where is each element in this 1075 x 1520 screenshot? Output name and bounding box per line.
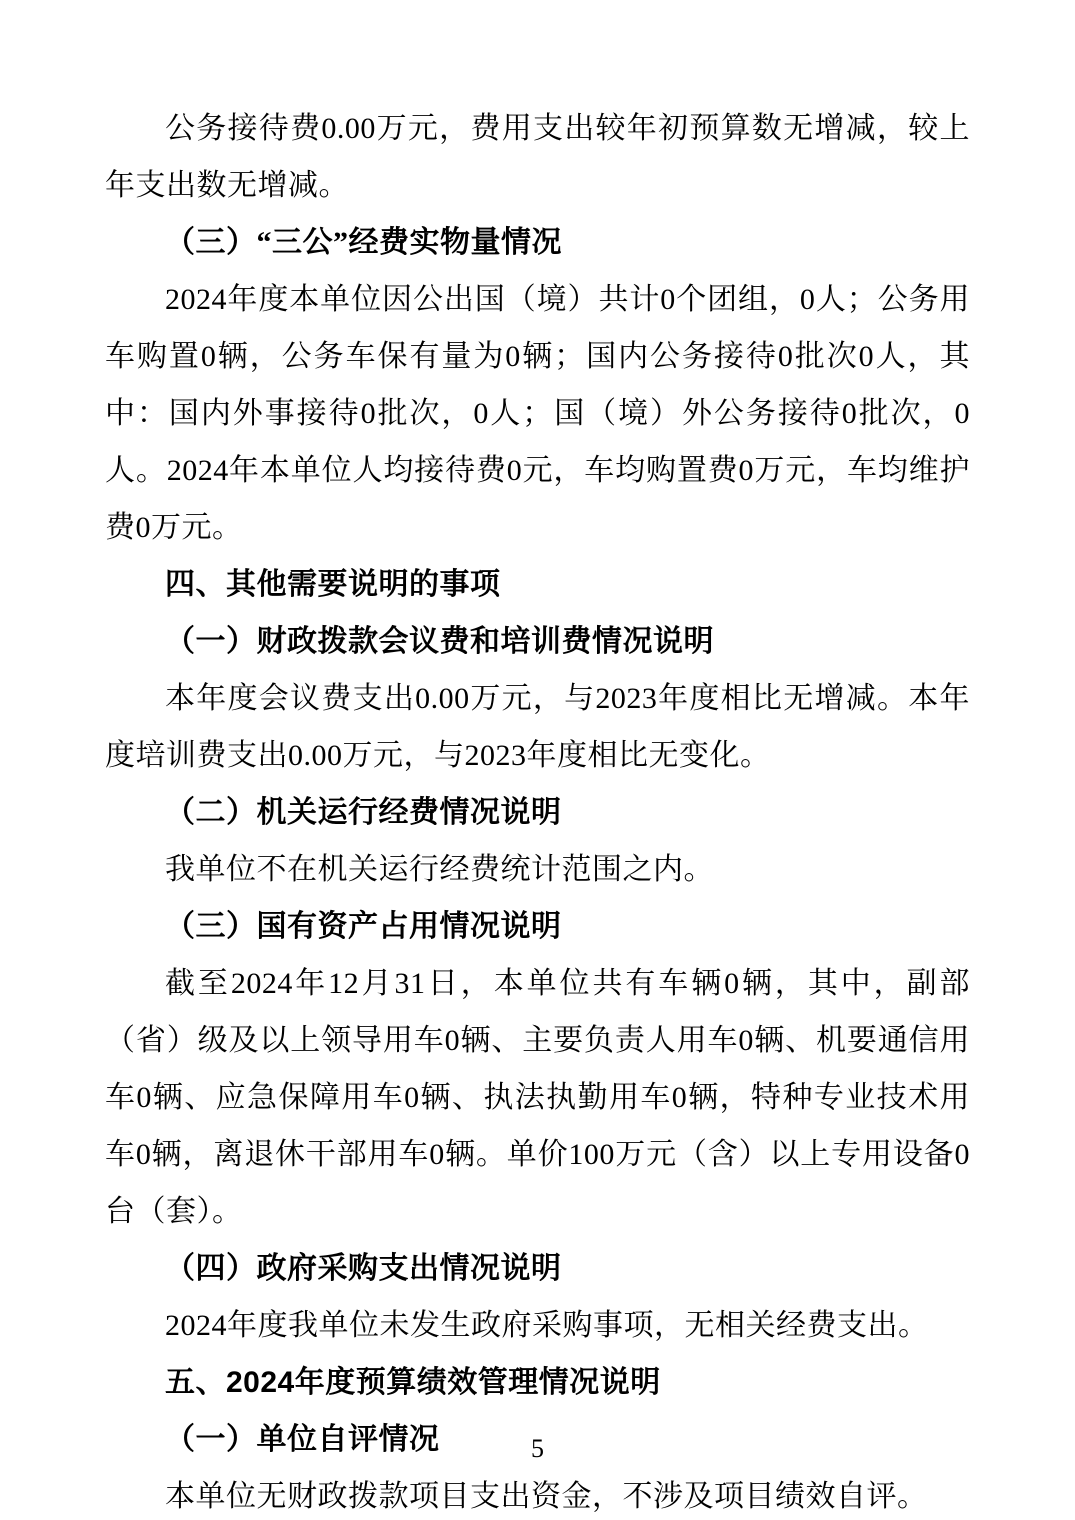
document-page: 公务接待费0.00万元，费用支出较年初预算数无增减，较上年支出数无增减。 （三）… [0,0,1075,1520]
paragraph-three-public-physical-detail: 2024年度本单位因公出国（境）共计0个团组，0人；公务用车购置0辆，公务车保有… [105,271,970,556]
paragraph-agency-operating-expense: 我单位不在机关运行经费统计范围之内。 [105,841,970,898]
page-number: 5 [0,1434,1075,1464]
paragraph-official-reception-expense: 公务接待费0.00万元，费用支出较年初预算数无增减，较上年支出数无增减。 [105,100,970,214]
heading-government-procurement: （四）政府采购支出情况说明 [105,1240,970,1297]
heading-section-5-budget-performance: 五、2024年度预算绩效管理情况说明 [105,1354,970,1411]
heading-agency-operating-expense: （二）机关运行经费情况说明 [105,784,970,841]
paragraph-unit-self-evaluation: 本单位无财政拨款项目支出资金，不涉及项目绩效自评。 [105,1468,970,1520]
document-content: 公务接待费0.00万元，费用支出较年初预算数无增减，较上年支出数无增减。 （三）… [105,100,970,1520]
heading-state-owned-assets: （三）国有资产占用情况说明 [105,898,970,955]
paragraph-state-owned-assets: 截至2024年12月31日，本单位共有车辆0辆，其中，副部（省）级及以上领导用车… [105,955,970,1240]
heading-meeting-training-fee: （一）财政拨款会议费和培训费情况说明 [105,613,970,670]
paragraph-government-procurement: 2024年度我单位未发生政府采购事项，无相关经费支出。 [105,1297,970,1354]
heading-three-public-physical-quantity: （三）“三公”经费实物量情况 [105,214,970,271]
paragraph-meeting-training-fee: 本年度会议费支出0.00万元，与2023年度相比无增减。本年度培训费支出0.00… [105,670,970,784]
heading-section-4-other-items: 四、其他需要说明的事项 [105,556,970,613]
